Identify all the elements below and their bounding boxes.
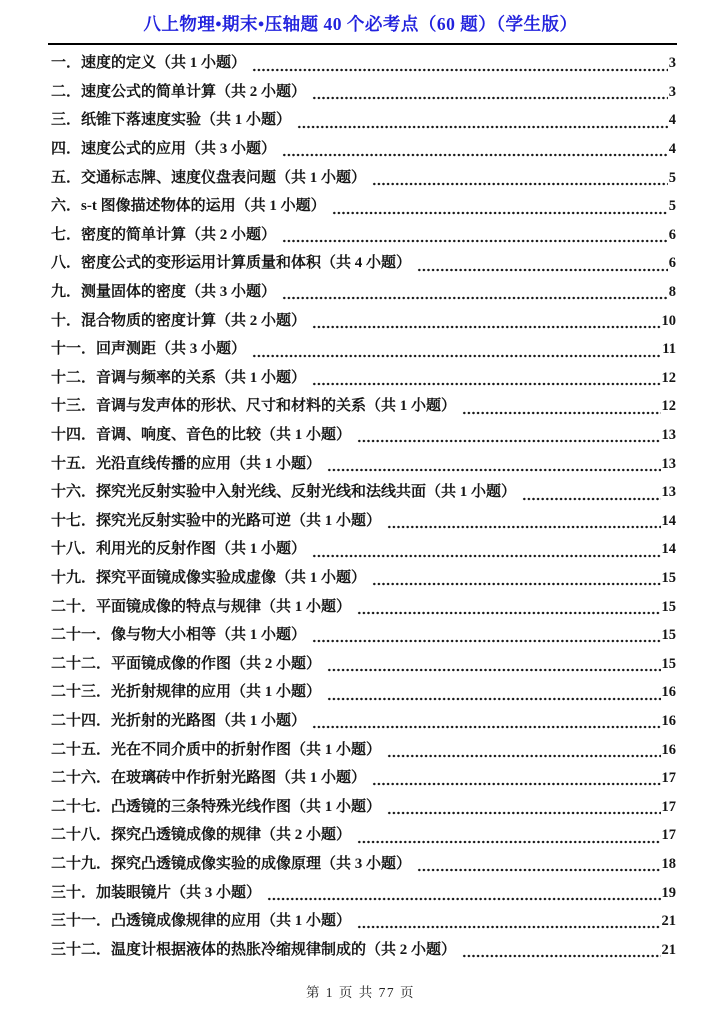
toc-entry-page: 13	[662, 482, 677, 502]
toc-entry-label: 九．测量固体的密度（共 3 小题）	[51, 282, 276, 302]
toc-entry-label: 二．速度公式的简单计算（共 2 小题）	[51, 82, 306, 102]
toc-entry-page: 16	[662, 740, 677, 760]
toc-entry-page: 8	[669, 282, 676, 302]
toc-dot-leader	[282, 135, 668, 164]
toc-entry-page: 16	[662, 711, 677, 731]
toc-dot-leader	[522, 478, 660, 507]
toc-entry[interactable]: 二十六．在玻璃砖中作折射光路图（共 1 小题）17	[51, 764, 676, 793]
toc-dot-leader	[312, 306, 660, 335]
toc-entry-label: 二十五．光在不同介质中的折射作图（共 1 小题）	[51, 740, 381, 760]
toc-entry-label: 十二．音调与频率的关系（共 1 小题）	[51, 368, 306, 388]
toc-dot-leader	[372, 564, 660, 593]
toc-entry-label: 六．s-t 图像描述物体的运用（共 1 小题）	[51, 196, 326, 216]
toc-entry-label: 二十三．光折射规律的应用（共 1 小题）	[51, 682, 321, 702]
toc-dot-leader	[282, 278, 668, 307]
toc-entry-label: 十七．探究光反射实验中的光路可逆（共 1 小题）	[51, 511, 381, 531]
toc-entry-label: 二十八．探究凸透镜成像的规律（共 2 小题）	[51, 825, 351, 845]
toc-entry-label: 五．交通标志牌、速度仪盘表问题（共 1 小题）	[51, 168, 366, 188]
toc-entry[interactable]: 二十九．探究凸透镜成像实验的成像原理（共 3 小题）18	[51, 850, 676, 879]
toc-entry[interactable]: 五．交通标志牌、速度仪盘表问题（共 1 小题）5	[51, 163, 676, 192]
toc-entry-label: 一．速度的定义（共 1 小题）	[51, 53, 246, 73]
toc-entry[interactable]: 二十．平面镜成像的特点与规律（共 1 小题）15	[51, 592, 676, 621]
toc-dot-leader	[312, 535, 660, 564]
toc-dot-leader	[357, 907, 660, 936]
toc-entry-page: 15	[662, 597, 677, 617]
toc-dot-leader	[462, 392, 660, 421]
toc-entry-page: 10	[662, 311, 677, 331]
toc-entry-page: 14	[662, 539, 677, 559]
toc-entry-page: 5	[669, 168, 676, 188]
toc-dot-leader	[372, 764, 660, 793]
toc-entry-page: 18	[662, 854, 677, 874]
toc-entry-label: 二十二．平面镜成像的作图（共 2 小题）	[51, 654, 321, 674]
toc-entry[interactable]: 八．密度公式的变形运用计算质量和体积（共 4 小题）6	[51, 249, 676, 278]
toc-entry-page: 3	[669, 53, 676, 73]
toc-dot-leader	[417, 850, 660, 879]
toc-entry-page: 11	[662, 339, 676, 359]
toc-entry-label: 二十七．凸透镜的三条特殊光线作图（共 1 小题）	[51, 797, 381, 817]
toc-dot-leader	[297, 106, 668, 135]
toc-dot-leader	[327, 649, 660, 678]
toc-dot-leader	[387, 792, 660, 821]
toc-entry[interactable]: 一．速度的定义（共 1 小题）3	[51, 49, 676, 78]
toc-entry[interactable]: 九．测量固体的密度（共 3 小题）8	[51, 278, 676, 307]
toc-entry[interactable]: 二十三．光折射规律的应用（共 1 小题）16	[51, 678, 676, 707]
toc-entry-page: 14	[662, 511, 677, 531]
toc-entry-label: 十一．回声测距（共 3 小题）	[51, 339, 246, 359]
toc-dot-leader	[357, 821, 660, 850]
toc-entry[interactable]: 十七．探究光反射实验中的光路可逆（共 1 小题）14	[51, 507, 676, 536]
toc-entry[interactable]: 二十八．探究凸透镜成像的规律（共 2 小题）17	[51, 821, 676, 850]
toc-entry-label: 十三．音调与发声体的形状、尺寸和材料的关系（共 1 小题）	[51, 396, 456, 416]
toc-entry-page: 4	[669, 110, 676, 130]
toc-dot-leader	[387, 507, 660, 536]
toc-entry-label: 二十一．像与物大小相等（共 1 小题）	[51, 625, 306, 645]
toc-dot-leader	[327, 449, 660, 478]
toc-entry-page: 16	[662, 682, 677, 702]
toc-dot-leader	[312, 707, 660, 736]
toc-entry[interactable]: 六．s-t 图像描述物体的运用（共 1 小题）5	[51, 192, 676, 221]
toc-dot-leader	[357, 592, 660, 621]
toc-entry-page: 21	[662, 940, 677, 960]
toc-dot-leader	[387, 735, 660, 764]
toc-dot-leader	[252, 335, 661, 364]
toc-entry-label: 十四．音调、响度、音色的比较（共 1 小题）	[51, 425, 351, 445]
title-divider-line	[48, 43, 677, 45]
page-footer: 第 1 页 共 77 页	[0, 981, 721, 1001]
toc-entry-label: 三．纸锥下落速度实验（共 1 小题）	[51, 110, 291, 130]
toc-entry[interactable]: 三十一．凸透镜成像规律的应用（共 1 小题）21	[51, 907, 676, 936]
toc-entry-page: 5	[669, 196, 676, 216]
toc-entry-page: 21	[662, 911, 677, 931]
toc-dot-leader	[312, 621, 660, 650]
toc-dot-leader	[312, 78, 668, 107]
toc-dot-leader	[282, 221, 668, 250]
toc-entry[interactable]: 十五．光沿直线传播的应用（共 1 小题）13	[51, 449, 676, 478]
toc-entry-label: 二十四．光折射的光路图（共 1 小题）	[51, 711, 306, 731]
toc-entry-page: 13	[662, 425, 677, 445]
toc-dot-leader	[417, 249, 668, 278]
toc-entry-label: 三十二．温度计根据液体的热胀冷缩规律制成的（共 2 小题）	[51, 940, 456, 960]
toc-entry-label: 十．混合物质的密度计算（共 2 小题）	[51, 311, 306, 331]
toc-entry-page: 6	[669, 253, 676, 273]
toc-entry-page: 17	[662, 797, 677, 817]
toc-entry-label: 二十六．在玻璃砖中作折射光路图（共 1 小题）	[51, 768, 366, 788]
toc-entry-label: 七．密度的简单计算（共 2 小题）	[51, 225, 276, 245]
toc-entry-label: 三十．加装眼镜片（共 3 小题）	[51, 883, 261, 903]
document-title: 八上物理•期末•压轴题 40 个必考点（60 题）（学生版）	[0, 0, 721, 36]
toc-entry[interactable]: 十九．探究平面镜成像实验成虚像（共 1 小题）15	[51, 564, 676, 593]
toc-entry-page: 3	[669, 82, 676, 102]
toc-entry[interactable]: 十四．音调、响度、音色的比较（共 1 小题）13	[51, 421, 676, 450]
toc-entry-page: 6	[669, 225, 676, 245]
toc-entry-label: 十六．探究光反射实验中入射光线、反射光线和法线共面（共 1 小题）	[51, 482, 516, 502]
toc-entry-page: 15	[662, 568, 677, 588]
toc-entry[interactable]: 二十四．光折射的光路图（共 1 小题）16	[51, 707, 676, 736]
toc-dot-leader	[327, 678, 660, 707]
toc-entry-label: 三十一．凸透镜成像规律的应用（共 1 小题）	[51, 911, 351, 931]
toc-entry-label: 十九．探究平面镜成像实验成虚像（共 1 小题）	[51, 568, 366, 588]
toc-entry[interactable]: 二十二．平面镜成像的作图（共 2 小题）15	[51, 649, 676, 678]
toc-entry-page: 12	[662, 396, 677, 416]
toc-entry-page: 12	[662, 368, 677, 388]
toc-dot-leader	[372, 163, 668, 192]
toc-entry[interactable]: 二十七．凸透镜的三条特殊光线作图（共 1 小题）17	[51, 792, 676, 821]
toc-entry-label: 十五．光沿直线传播的应用（共 1 小题）	[51, 454, 321, 474]
toc-entry-label: 八．密度公式的变形运用计算质量和体积（共 4 小题）	[51, 253, 411, 273]
toc-dot-leader	[267, 878, 660, 907]
toc-entry-label: 四．速度公式的应用（共 3 小题）	[51, 139, 276, 159]
toc-entry-label: 十八．利用光的反射作图（共 1 小题）	[51, 539, 306, 559]
toc-entry-page: 4	[669, 139, 676, 159]
toc-dot-leader	[357, 421, 660, 450]
toc-entry[interactable]: 二．速度公式的简单计算（共 2 小题）3	[51, 78, 676, 107]
toc-entry[interactable]: 十三．音调与发声体的形状、尺寸和材料的关系（共 1 小题）12	[51, 392, 676, 421]
toc-entry[interactable]: 三十二．温度计根据液体的热胀冷缩规律制成的（共 2 小题）21	[51, 935, 676, 964]
toc-entry-page: 13	[662, 454, 677, 474]
toc-entry-page: 19	[662, 883, 677, 903]
toc-entry-page: 17	[662, 768, 677, 788]
toc-dot-leader	[252, 49, 668, 78]
toc-entry[interactable]: 七．密度的简单计算（共 2 小题）6	[51, 221, 676, 250]
toc-entry[interactable]: 十八．利用光的反射作图（共 1 小题）14	[51, 535, 676, 564]
table-of-contents: 一．速度的定义（共 1 小题）3二．速度公式的简单计算（共 2 小题）3三．纸锥…	[51, 49, 676, 964]
toc-entry-label: 二十九．探究凸透镜成像实验的成像原理（共 3 小题）	[51, 854, 411, 874]
toc-entry[interactable]: 四．速度公式的应用（共 3 小题）4	[51, 135, 676, 164]
document-page: 八上物理•期末•压轴题 40 个必考点（60 题）（学生版） 一．速度的定义（共…	[0, 0, 721, 1024]
toc-dot-leader	[332, 192, 668, 221]
toc-dot-leader	[462, 935, 660, 964]
toc-entry[interactable]: 十六．探究光反射实验中入射光线、反射光线和法线共面（共 1 小题）13	[51, 478, 676, 507]
toc-entry[interactable]: 三十．加装眼镜片（共 3 小题）19	[51, 878, 676, 907]
toc-entry[interactable]: 三．纸锥下落速度实验（共 1 小题）4	[51, 106, 676, 135]
toc-dot-leader	[312, 364, 660, 393]
toc-entry[interactable]: 二十一．像与物大小相等（共 1 小题）15	[51, 621, 676, 650]
toc-entry-page: 15	[662, 654, 677, 674]
toc-entry-label: 二十．平面镜成像的特点与规律（共 1 小题）	[51, 597, 351, 617]
toc-entry-page: 17	[662, 825, 677, 845]
toc-entry[interactable]: 十二．音调与频率的关系（共 1 小题）12	[51, 364, 676, 393]
toc-entry[interactable]: 十．混合物质的密度计算（共 2 小题）10	[51, 306, 676, 335]
toc-entry[interactable]: 二十五．光在不同介质中的折射作图（共 1 小题）16	[51, 735, 676, 764]
toc-entry-page: 15	[662, 625, 677, 645]
toc-entry[interactable]: 十一．回声测距（共 3 小题）11	[51, 335, 676, 364]
